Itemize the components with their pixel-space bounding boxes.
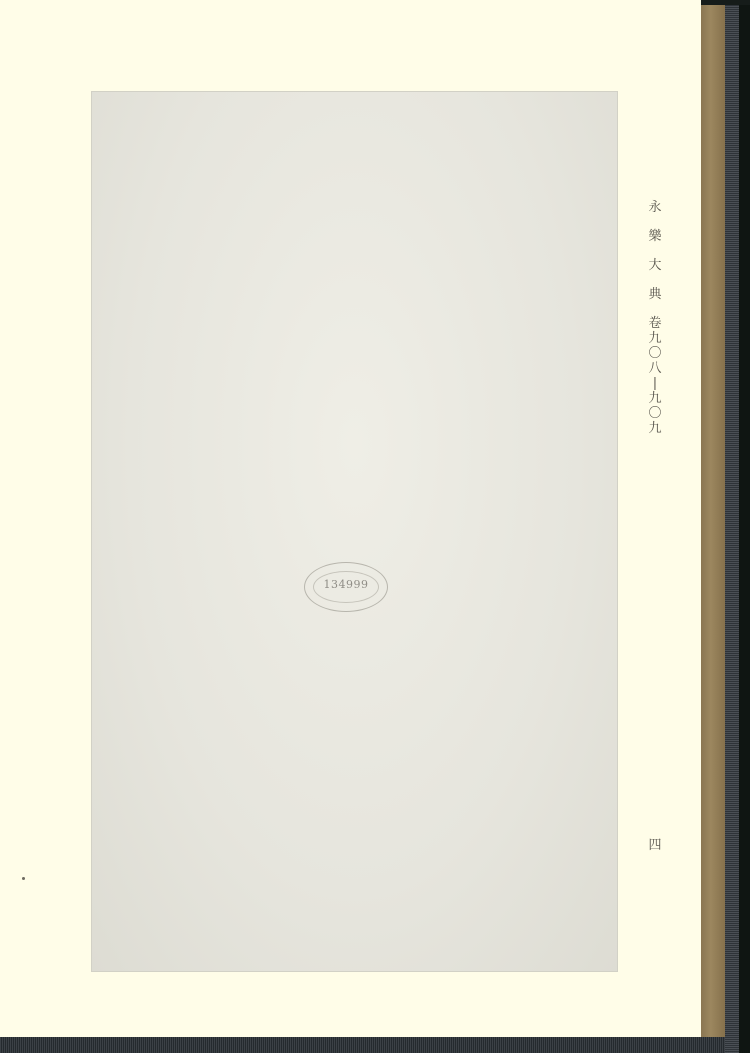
title-char: 大 bbox=[646, 258, 664, 273]
title-char: 九 bbox=[646, 421, 664, 436]
cloth-binding bbox=[725, 0, 739, 1053]
blank-plate bbox=[91, 91, 618, 972]
binding-top bbox=[701, 0, 750, 5]
cloth-binding-bottom bbox=[0, 1037, 725, 1053]
title-char: 卷 bbox=[646, 316, 664, 331]
title-char: | bbox=[646, 376, 664, 391]
library-stamp: 134999 bbox=[304, 562, 388, 612]
title-char: 九 bbox=[646, 331, 664, 346]
title-char: 〇 bbox=[646, 346, 664, 361]
title-char: 典 bbox=[646, 287, 664, 302]
title-char: 九 bbox=[646, 391, 664, 406]
paper-speck bbox=[22, 877, 25, 880]
title-char: 永 bbox=[646, 200, 664, 215]
running-title: 永 樂 大 典 卷 九 〇 八 | 九 〇 九 bbox=[646, 200, 664, 436]
book-spine-edge bbox=[701, 4, 725, 1044]
title-char: 樂 bbox=[646, 229, 664, 244]
stamp-number: 134999 bbox=[305, 578, 387, 591]
title-char: 八 bbox=[646, 361, 664, 376]
book-page: 134999 永 樂 大 典 卷 九 〇 八 | 九 〇 九 四 bbox=[0, 0, 701, 1037]
page-number: 四 bbox=[646, 834, 664, 853]
title-char: 〇 bbox=[646, 406, 664, 421]
